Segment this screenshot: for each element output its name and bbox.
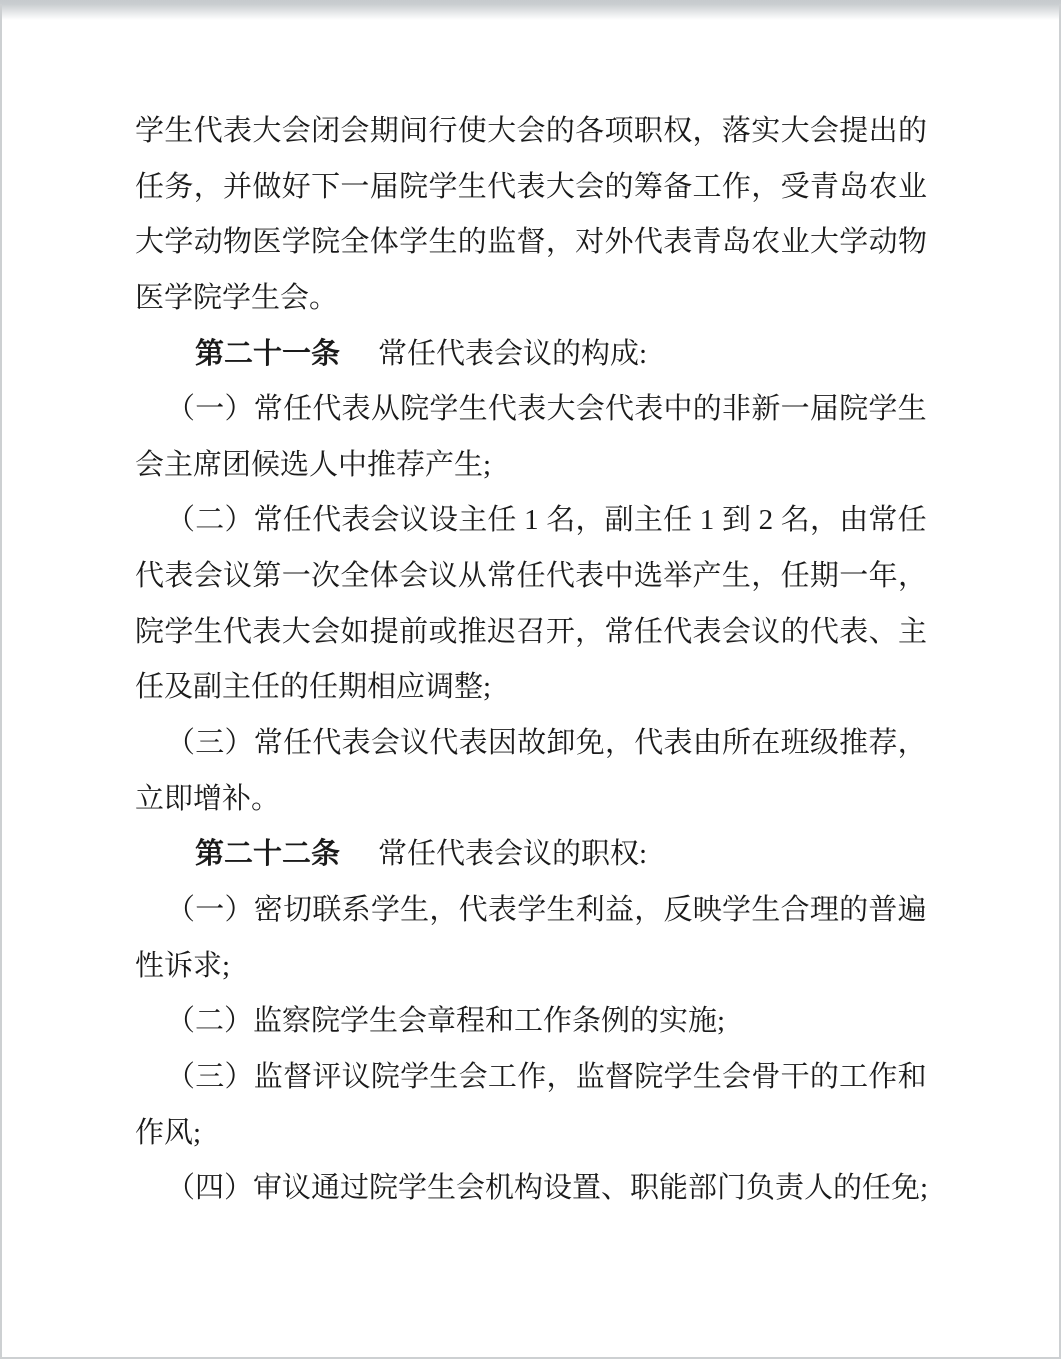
text-line: 医学院学生会。 — [135, 283, 927, 339]
text-line: 学生代表大会闭会期间行使大会的各项职权，落实大会提出的 — [135, 116, 927, 172]
text-line: 立即增补。 — [135, 784, 927, 840]
article-number: 第二十二条 — [195, 838, 340, 870]
text-line: 作风; — [135, 1118, 927, 1174]
article-heading-line: 第二十一条常任代表会议的构成: — [135, 339, 927, 395]
text-line: （二）监察院学生会章程和工作条例的实施; — [135, 1006, 927, 1062]
article-title: 常任代表会议的职权: — [378, 838, 647, 870]
text-content: 学生代表大会闭会期间行使大会的各项职权，落实大会提出的任务，并做好下一届院学生代… — [135, 116, 927, 1229]
text-line: （一）常任代表从院学生代表大会代表中的非新一届院学生 — [135, 394, 927, 450]
text-line: 会主席团候选人中推荐产生; — [135, 450, 927, 506]
text-line: 任务，并做好下一届院学生代表大会的筹备工作，受青岛农业 — [135, 172, 927, 228]
text-line: 代表会议第一次全体会议从常任代表中选举产生，任期一年， — [135, 561, 927, 617]
text-line: 院学生代表大会如提前或推迟召开，常任代表会议的代表、主 — [135, 617, 927, 673]
text-line: （三）常任代表会议代表因故卸免，代表由所在班级推荐， — [135, 728, 927, 784]
article-heading-line: 第二十二条常任代表会议的职权: — [135, 839, 927, 895]
page-left-edge — [0, 4, 2, 1359]
text-line: 任及副主任的任期相应调整; — [135, 672, 927, 728]
text-line: 性诉求; — [135, 951, 927, 1007]
text-line: （一）密切联系学生，代表学生利益，反映学生合理的普遍 — [135, 895, 927, 951]
article-title: 常任代表会议的构成: — [378, 338, 647, 370]
article-number: 第二十一条 — [195, 338, 340, 370]
text-line: （二）常任代表会议设主任 1 名，副主任 1 到 2 名，由常任 — [135, 505, 927, 561]
text-line: 大学动物医学院全体学生的监督，对外代表青岛农业大学动物 — [135, 227, 927, 283]
page-top-shadow — [0, 0, 1061, 22]
text-line: （三）监督评议院学生会工作，监督院学生会骨干的工作和 — [135, 1062, 927, 1118]
document-page: 学生代表大会闭会期间行使大会的各项职权，落实大会提出的任务，并做好下一届院学生代… — [0, 0, 1061, 1359]
text-line: （四）审议通过院学生会机构设置、职能部门负责人的任免; — [135, 1173, 927, 1229]
